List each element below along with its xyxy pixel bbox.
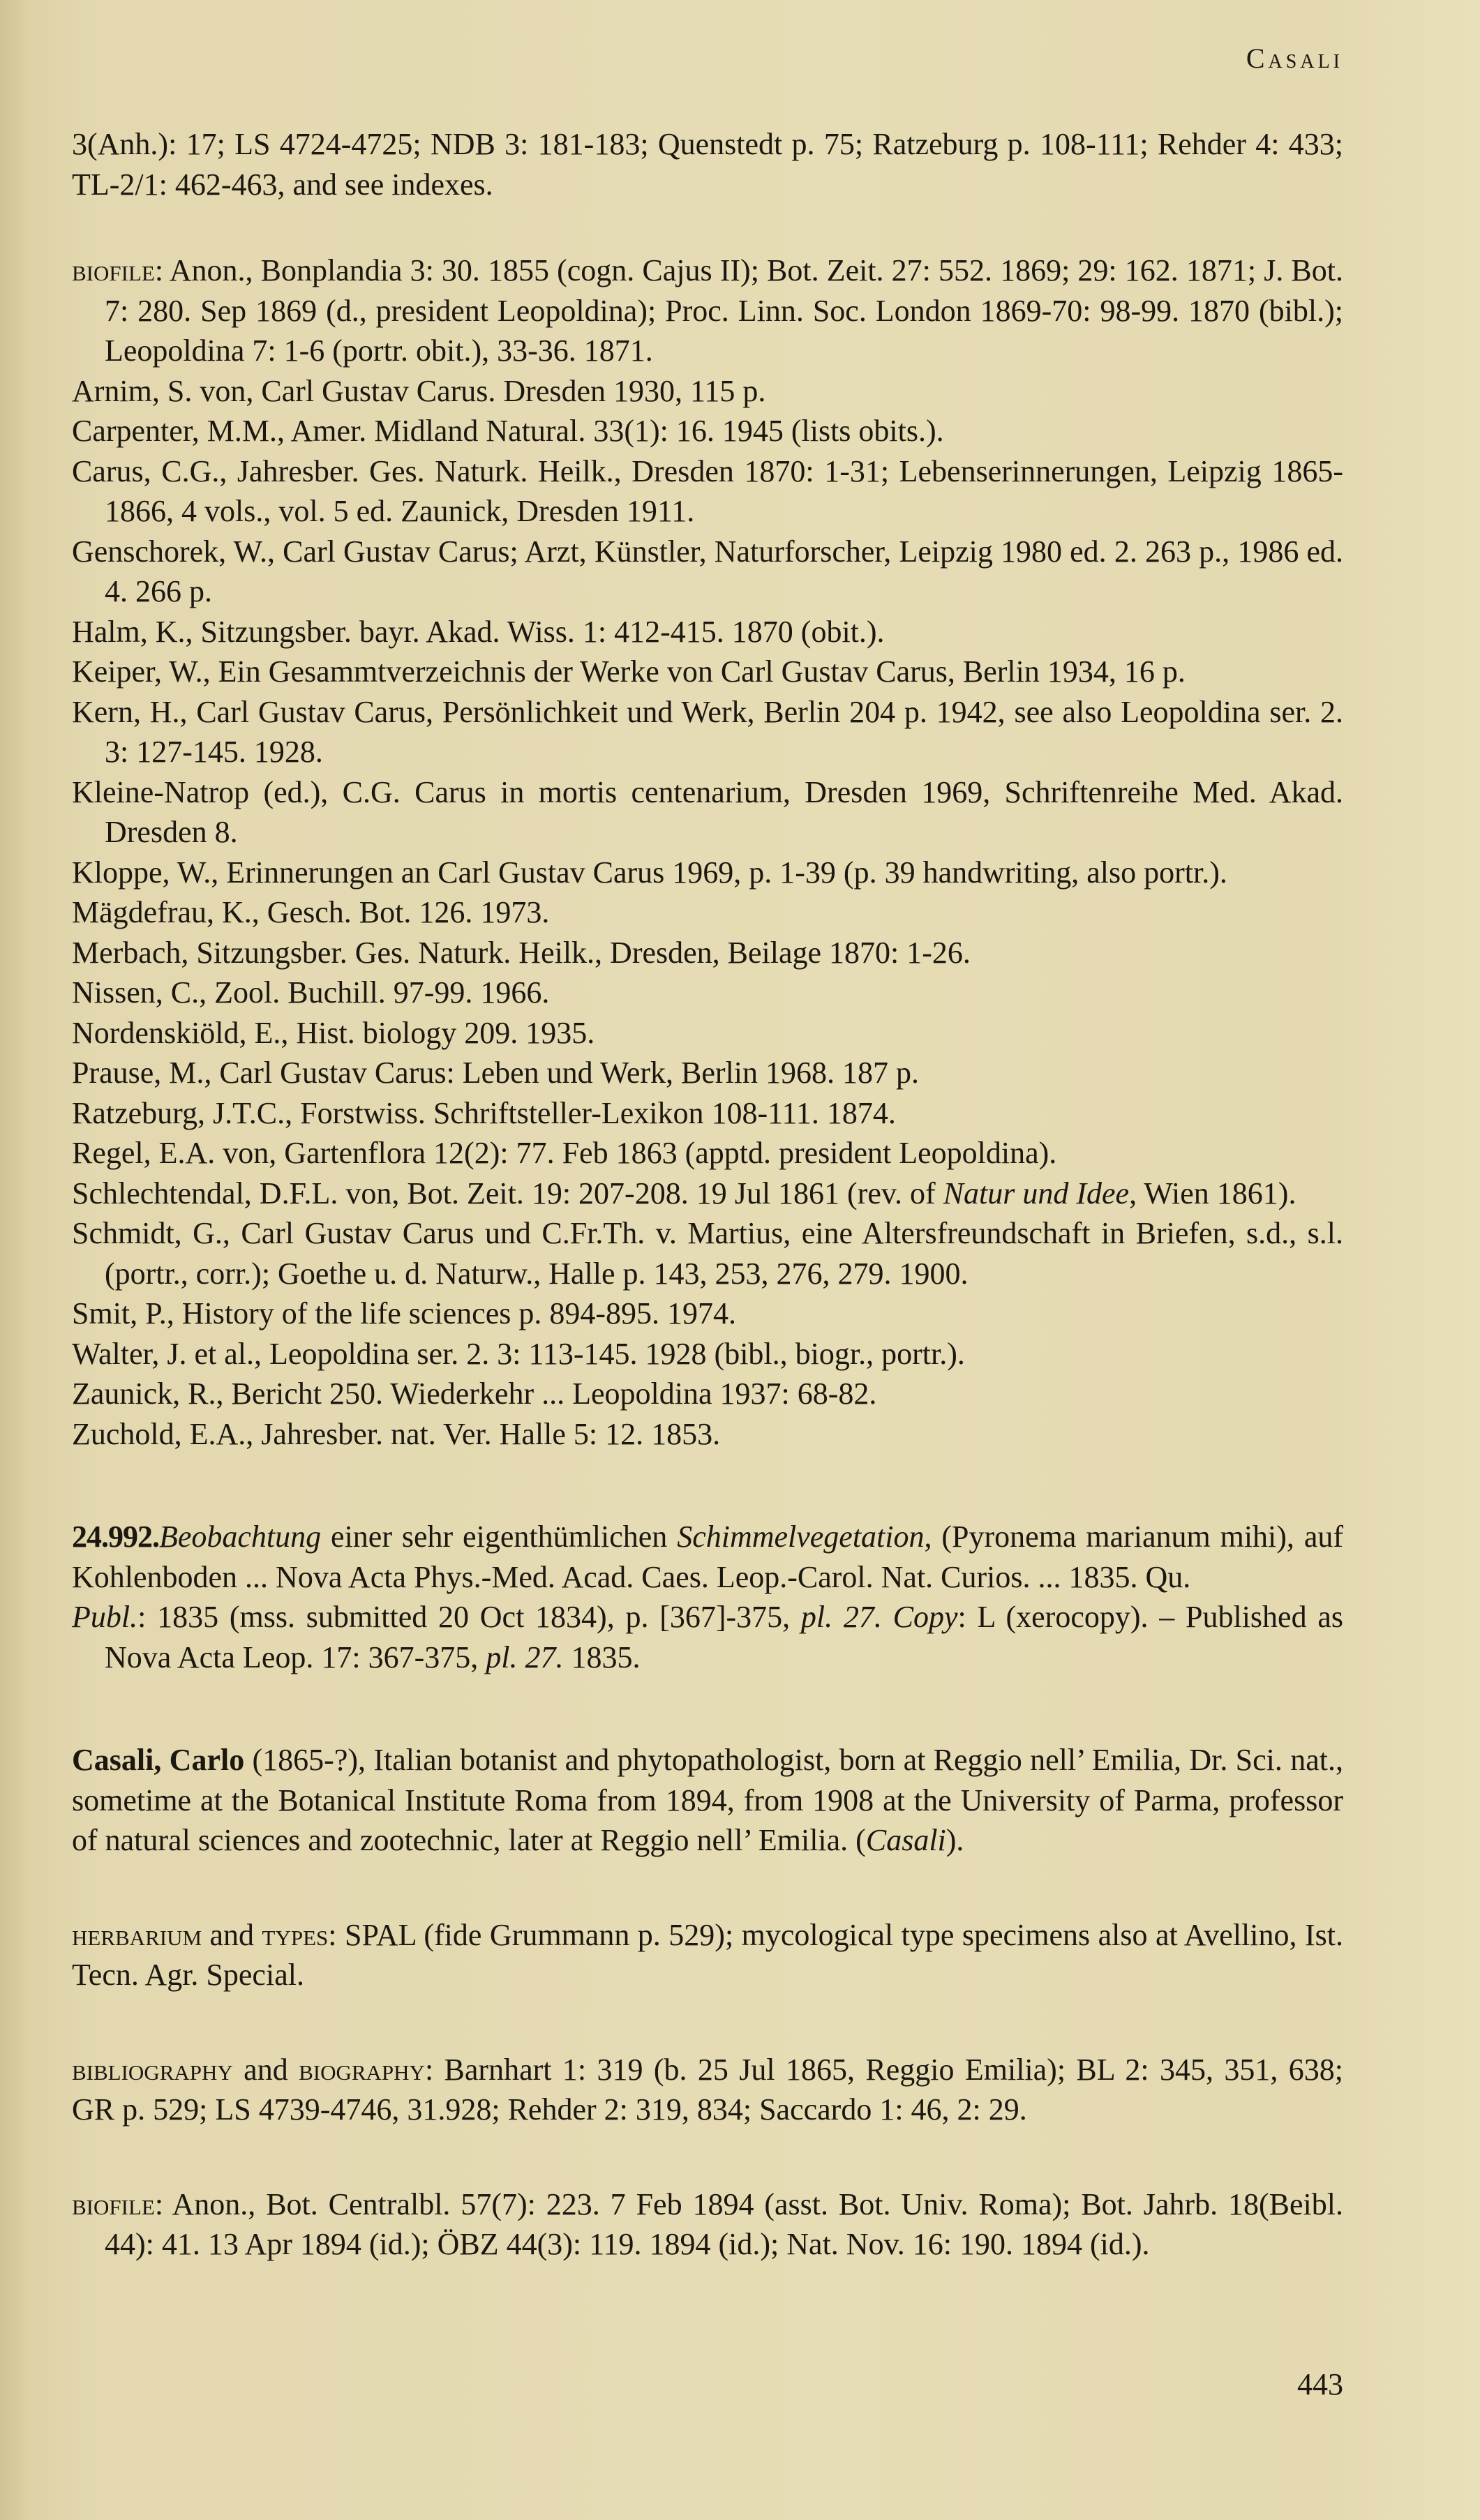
page-body: 3(Anh.): 17; LS 4724-4725; NDB 3: 181-18… — [72, 124, 1343, 2265]
entry-24992-title: 24.992.Beobachtung einer sehr eigenthüml… — [72, 1517, 1343, 1597]
author-name: Casali, Carlo — [72, 1743, 244, 1777]
title-italic: Schimmelvegetation — [677, 1520, 924, 1554]
biography-label: BIOGRAPHY — [299, 2053, 425, 2087]
list-item: Arnim, S. von, Carl Gustav Carus. Dresde… — [72, 371, 1343, 412]
bio-text: (1865-?), Italian botanist and phytopath… — [72, 1743, 1343, 1857]
list-item: Ratzeburg, J.T.C., Forstwiss. Schriftste… — [72, 1093, 1343, 1134]
list-item: Schlechtendal, D.F.L. von, Bot. Zeit. 19… — [72, 1173, 1343, 1214]
publ-text: 1835. — [563, 1640, 640, 1674]
and-text: and — [233, 2053, 299, 2087]
title-text: einer sehr eigenthümlichen — [321, 1520, 677, 1554]
entry-text: Schlechtendal, D.F.L. von, Bot. Zeit. 19… — [72, 1176, 943, 1210]
bio-italic: Casali — [866, 1823, 946, 1857]
list-item: Kern, H., Carl Gustav Carus, Persönlichk… — [72, 692, 1343, 772]
list-item: Halm, K., Sitzungsber. bayr. Akad. Wiss.… — [72, 612, 1343, 652]
plate-ref: pl. 27. — [486, 1640, 563, 1674]
list-item: Smit, P., History of the life sciences p… — [72, 1293, 1343, 1334]
herbarium-label: HERBARIUM — [72, 1918, 202, 1952]
plate-ref: pl. 27. — [801, 1600, 882, 1634]
list-item: Nordenskiöld, E., Hist. biology 209. 193… — [72, 1013, 1343, 1053]
page-number: 443 — [1297, 2367, 1343, 2402]
bio-text: ). — [946, 1823, 964, 1857]
types-label: TYPES — [262, 1918, 329, 1952]
entry-24992-publ: Publ.: 1835 (mss. submitted 20 Oct 1834)… — [72, 1597, 1343, 1677]
list-item: Regel, E.A. von, Gartenflora 12(2): 77. … — [72, 1133, 1343, 1173]
list-item: Walter, J. et al., Leopoldina ser. 2. 3:… — [72, 1334, 1343, 1374]
running-head: Casali — [1246, 42, 1343, 75]
list-item: Nissen, C., Zool. Buchill. 97-99. 1966. — [72, 973, 1343, 1013]
list-item: Keiper, W., Ein Gesammtverzeichnis der W… — [72, 652, 1343, 692]
list-item: Prause, M., Carl Gustav Carus: Leben und… — [72, 1053, 1343, 1093]
entry-text: , Wien 1861). — [1129, 1176, 1296, 1210]
herbarium-types: HERBARIUM and TYPES: SPAL (fide Grummann… — [72, 1915, 1343, 1995]
publ-text: : 1835 (mss. submitted 20 Oct 1834), p. … — [137, 1600, 801, 1634]
copy-label: Copy — [893, 1600, 958, 1634]
continuation-paragraph: 3(Anh.): 17; LS 4724-4725; NDB 3: 181-18… — [72, 124, 1343, 204]
list-item: Carpenter, M.M., Amer. Midland Natural. … — [72, 411, 1343, 451]
biofile-label: BIOFILE — [72, 253, 155, 287]
bibliography-biography: BIBLIOGRAPHY and BIOGRAPHY: Barnhart 1: … — [72, 2050, 1343, 2130]
biofile-text: : Anon., Bonplandia 3: 30. 1855 (cogn. C… — [105, 253, 1343, 368]
publ-text — [882, 1600, 893, 1634]
list-item: Zuchold, E.A., Jahresber. nat. Ver. Hall… — [72, 1414, 1343, 1455]
publ-label: Publ. — [72, 1600, 137, 1634]
list-item: Zaunick, R., Bericht 250. Wiederkehr ...… — [72, 1374, 1343, 1414]
bibliography-label: BIBLIOGRAPHY — [72, 2053, 233, 2087]
biofile-carus: BIOFILE: Anon., Bonplandia 3: 30. 1855 (… — [72, 250, 1343, 371]
list-item: Carus, C.G., Jahresber. Ges. Naturk. Hei… — [72, 451, 1343, 532]
casali-bio: Casali, Carlo (1865-?), Italian botanist… — [72, 1740, 1343, 1861]
list-item: Genschorek, W., Carl Gustav Carus; Arzt,… — [72, 532, 1343, 612]
entry-italic-title: Natur und Idee — [943, 1176, 1129, 1210]
entry-number: 24.992. — [72, 1520, 159, 1554]
list-item: Kloppe, W., Erinnerungen an Carl Gustav … — [72, 853, 1343, 893]
biofile-casali: BIOFILE: Anon., Bot. Centralbl. 57(7): 2… — [72, 2184, 1343, 2265]
list-item: Schmidt, G., Carl Gustav Carus und C.Fr.… — [72, 1213, 1343, 1293]
biofile-text: : Anon., Bot. Centralbl. 57(7): 223. 7 F… — [105, 2187, 1343, 2262]
and-text: and — [202, 1918, 262, 1952]
list-item: Kleine-Natrop (ed.), C.G. Carus in morti… — [72, 772, 1343, 853]
biofile-label: BIOFILE — [72, 2187, 155, 2221]
list-item: Merbach, Sitzungsber. Ges. Naturk. Heilk… — [72, 933, 1343, 973]
title-italic: Beobachtung — [159, 1520, 321, 1554]
list-item: Mägdefrau, K., Gesch. Bot. 126. 1973. — [72, 892, 1343, 933]
biofile-entries: Arnim, S. von, Carl Gustav Carus. Dresde… — [72, 371, 1343, 1455]
